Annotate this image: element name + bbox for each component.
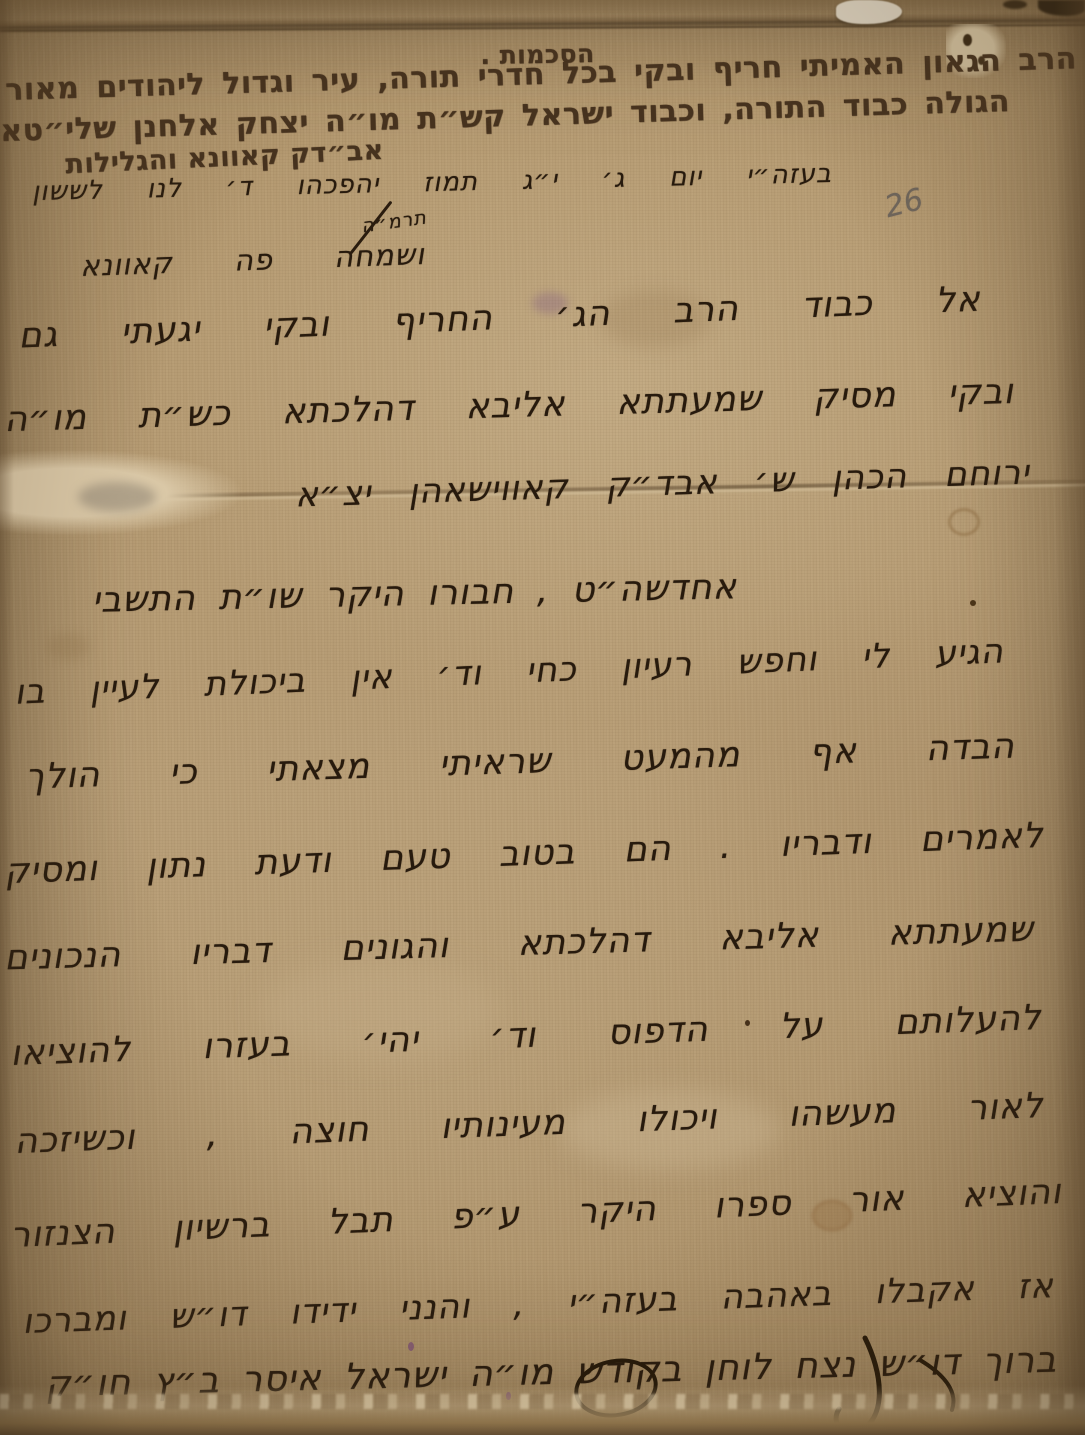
body-line: ובקי מסיק שמעתתא אליבא דהלכתא כש״ת מו״ה bbox=[4, 372, 1015, 440]
body-line: לאור מעשהו ויכולו מעינותיו חוצה , וכשיזכ… bbox=[14, 1086, 1045, 1162]
top-right-dark-mark-2 bbox=[1003, 0, 1027, 9]
manuscript-page: הסכמות . הרב הגאון האמיתי חריף ובקי בכל … bbox=[0, 0, 1085, 1435]
signature-flourish bbox=[560, 1330, 980, 1435]
stain-ring bbox=[948, 508, 980, 536]
top-seam-line bbox=[0, 24, 1085, 32]
body-line: הבדה אף מהמעט שראיתי מצאתי כי הולך bbox=[25, 726, 1016, 797]
body-line: לאמרים ודבריו . הם בטוב טעם ודעת נתון ומ… bbox=[4, 816, 1045, 892]
body-line: אחדשה״ט , חבורו היקר שו״ת התשבי bbox=[92, 567, 738, 620]
right-edge-shading bbox=[1055, 0, 1085, 1435]
purple-dot bbox=[408, 1342, 414, 1351]
body-line: אל כבוד הרב הג׳ החריף ובקי יגעתי גם bbox=[18, 280, 982, 357]
left-edge-tear bbox=[0, 450, 240, 535]
ink-speck bbox=[970, 600, 976, 606]
top-edge-shadow bbox=[0, 0, 1085, 16]
body-line: הגיע לי וחפש רעיון כחי וד׳ אין ביכולת לע… bbox=[14, 631, 1005, 712]
interlined-year: תרמ״ה bbox=[351, 205, 437, 238]
top-right-dark-mark bbox=[1038, 0, 1085, 16]
left-tear-smudge bbox=[78, 482, 156, 512]
body-line: שמעתתא אליבא דהלכתא והגונים דבריו הנכוני… bbox=[4, 910, 1035, 979]
body-line: ירוחם הכהן ש׳ אבד״ק קאווישאהן יצ״א bbox=[295, 452, 1031, 515]
body-line: והוציא אור ספרו היקר ע״פ תבל ברשיון הצנז… bbox=[10, 1172, 1063, 1256]
handwritten-place-line: ושמחה פה קאוונא bbox=[80, 237, 426, 283]
top-seam-crease bbox=[0, 12, 1085, 34]
body-line: להעלותם על הדפוס וד׳ יהי׳ בעזרו להוציאו bbox=[10, 998, 1043, 1074]
pencil-folio-number: 26 bbox=[881, 182, 927, 225]
tape-remnant bbox=[836, 0, 902, 24]
stain-small bbox=[46, 634, 90, 660]
